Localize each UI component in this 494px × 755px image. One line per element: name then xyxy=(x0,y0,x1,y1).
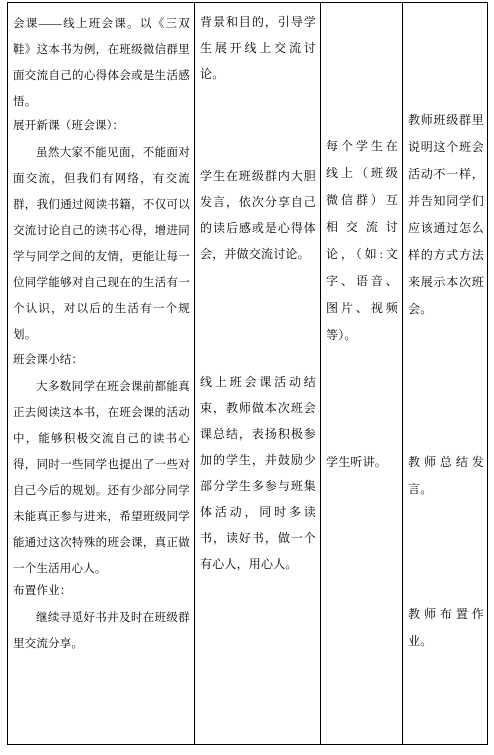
teacher-concluding-paragraph: 教师总结发言。 xyxy=(408,449,484,503)
new-lesson-heading: 展开新课（班会课）： xyxy=(13,113,190,139)
student-listening-paragraph: 学生听讲。 xyxy=(326,449,398,476)
scanned-lesson-plan-page: { "document": { "type": "lesson-plan-tab… xyxy=(0,0,494,755)
cell-teacher-activity: 教师班级群里说明这个班会活动不一样，并告知同学们应该通过怎么样的方式方法来展示本… xyxy=(403,3,488,744)
cell-student-activity: 每个学生在线上（班级微信群）互相交流讨论，（如:文字、语音、图片、视频等）。 学… xyxy=(321,3,403,744)
homework-heading: 布置作业： xyxy=(13,578,190,604)
teacher-summary-paragraph: 线上班会课活动结束，教师做本次班会课总结，表扬积极参加的学生，并鼓励少部分学生多… xyxy=(200,369,316,577)
student-online-discussion-paragraph: 每个学生在线上（班级微信群）互相交流讨论，（如:文字、语音、图片、视频等）。 xyxy=(326,133,398,349)
cell-design-intent: 背景和目的，引导学生展开线上交流讨论。 学生在班级群内大胆发言，依次分享自己的读… xyxy=(195,3,321,744)
teacher-explains-paragraph: 教师班级群里说明这个班会活动不一样，并告知同学们应该通过怎么样的方式方法来展示本… xyxy=(408,107,484,323)
new-lesson-paragraph: 虽然大家不能见面，不能面对面交流，但我们有网络，有交流群，我们通过阅读书籍，不仅… xyxy=(13,140,190,348)
class-meeting-summary-heading: 班会课小结： xyxy=(13,347,190,373)
homework-paragraph: 继续寻觅好书并及时在班级群里交流分享。 xyxy=(13,605,190,657)
teacher-assigns-homework-paragraph: 教师布置作业。 xyxy=(408,601,484,655)
class-meeting-summary-paragraph: 大多数同学在班会课前都能真正去阅读这本书，在班会课的活动中，能够积极交流自己的读… xyxy=(13,374,190,582)
cell-teaching-process: 会课——线上班会课。以《三双鞋》这本书为例，在班级微信群里面交流自己的心得体会或… xyxy=(8,3,195,744)
lesson-plan-table: 会课——线上班会课。以《三双鞋》这本书为例，在班级微信群里面交流自己的心得体会或… xyxy=(7,2,488,745)
student-sharing-paragraph: 学生在班级群内大胆发言，依次分享自己的读后感或是心得体会，并做交流讨论。 xyxy=(200,163,316,267)
design-intent-paragraph: 背景和目的，引导学生展开线上交流讨论。 xyxy=(200,9,316,87)
teaching-process-intro-paragraph: 会课——线上班会课。以《三双鞋》这本书为例，在班级微信群里面交流自己的心得体会或… xyxy=(13,11,190,115)
